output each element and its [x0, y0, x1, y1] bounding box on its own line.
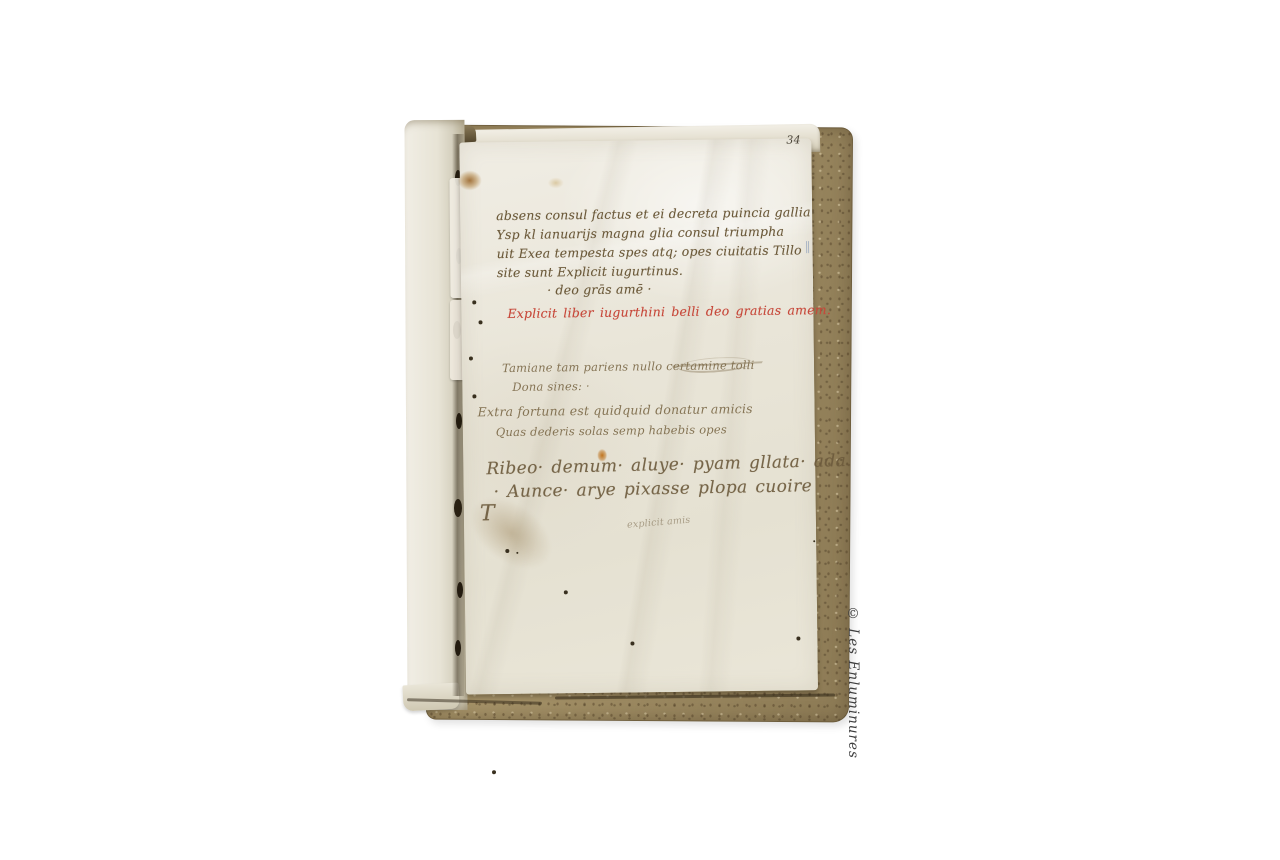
- folio-number: 34: [786, 133, 801, 146]
- photo-credit: © Les Enluminures: [845, 606, 861, 766]
- colophon-line: · deo grās amē ·: [547, 281, 652, 297]
- margin-mark: ‖: [805, 239, 811, 253]
- scrawl-initial: T: [480, 501, 495, 526]
- manuscript-line: site sunt Explicit iugurtinus.: [497, 263, 683, 280]
- pen-trial-line: Quas dederis solas semp habebis opes: [496, 422, 727, 439]
- manuscript-page-group: 34 absens consul factus et ei decreta pu…: [452, 130, 821, 704]
- wormholes: [472, 300, 476, 304]
- manuscript-photo: 34 absens consul factus et ei decreta pu…: [0, 0, 1280, 860]
- pen-trial-line: Dona sines: ·: [512, 379, 590, 394]
